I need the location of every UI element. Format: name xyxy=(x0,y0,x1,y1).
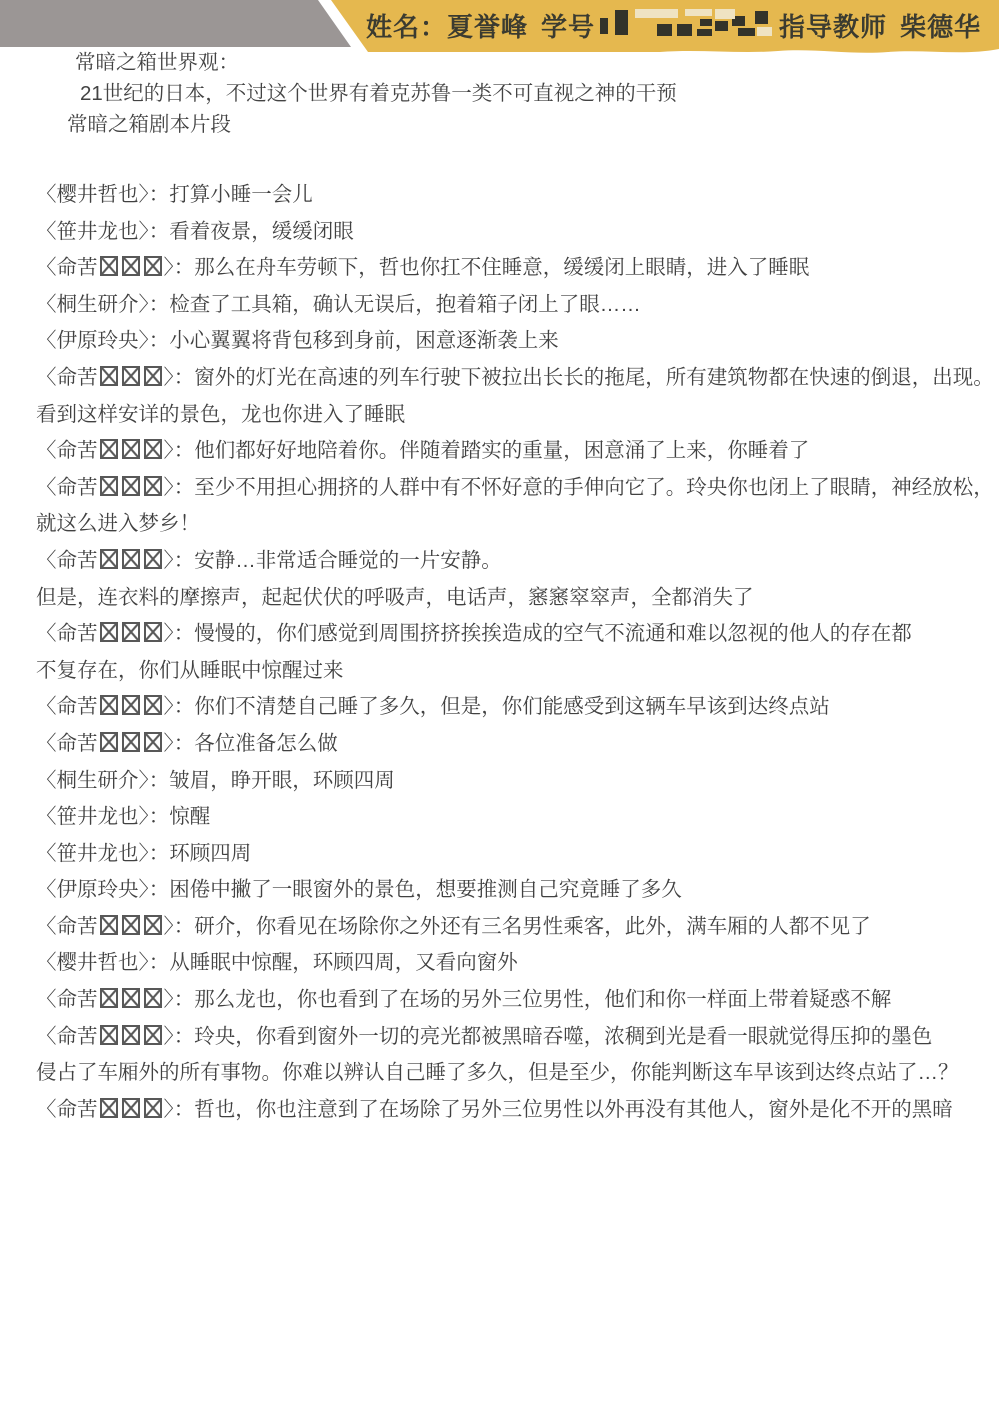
missing-glyph-box xyxy=(100,366,118,386)
missing-glyph-box xyxy=(122,1098,140,1118)
missing-glyph-box xyxy=(100,988,118,1008)
worldview-text: 21世纪的日本，不过这个世界有着克苏鲁一类不可直视之神的干预 xyxy=(80,78,999,109)
missing-glyph-box xyxy=(122,622,140,642)
dialogue-line: 〈命苦〉：窗外的灯光在高速的列车行驶下被拉出长长的拖尾，所有建筑物都在快速的倒退… xyxy=(36,360,994,397)
missing-glyph-box xyxy=(100,476,118,496)
missing-glyph-box xyxy=(144,1025,162,1045)
intro-block: 常暗之箱世界观： 21世纪的日本，不过这个世界有着克苏鲁一类不可直视之神的干预 … xyxy=(0,47,999,140)
gray-band-shape xyxy=(0,0,351,47)
missing-glyph-box xyxy=(122,988,140,1008)
missing-glyph-box xyxy=(122,366,140,386)
missing-glyph-box xyxy=(144,439,162,459)
dialogue-line: 〈伊原玲央〉：小心翼翼将背包移到身前，困意逐渐袭上来 xyxy=(36,323,994,360)
dialogue-line: 〈命苦〉：各位准备怎么做 xyxy=(36,726,994,763)
missing-glyph-box xyxy=(100,622,118,642)
missing-glyph-box xyxy=(100,915,118,935)
dialogue-line: 〈樱井哲也〉：从睡眠中惊醒，环顾四周，又看向窗外 xyxy=(36,945,994,982)
dialogue-line: 〈命苦〉：玲央，你看到窗外一切的亮光都被黑暗吞噬，浓稠到光是看一眼就觉得压抑的墨… xyxy=(36,1019,994,1056)
missing-glyph-box xyxy=(144,256,162,276)
missing-glyph-box xyxy=(122,476,140,496)
dialogue-line: 侵占了车厢外的所有事物。你难以辨认自己睡了多久，但是至少，你能判断这车早该到达终… xyxy=(36,1055,994,1092)
missing-glyph-box xyxy=(100,439,118,459)
missing-glyph-box xyxy=(144,1098,162,1118)
dialogue-line: 〈命苦〉：那么在舟车劳顿下，哲也你扛不住睡意，缓缓闭上眼睛，进入了睡眠 xyxy=(36,250,994,287)
missing-glyph-box xyxy=(144,695,162,715)
missing-glyph-box xyxy=(100,1098,118,1118)
missing-glyph-box xyxy=(144,366,162,386)
missing-glyph-box xyxy=(122,915,140,935)
missing-glyph-box xyxy=(144,915,162,935)
dialogue-line: 看到这样安详的景色，龙也你进入了睡眠 xyxy=(36,397,994,434)
dialogue-line: 〈笹井龙也〉：看着夜景，缓缓闭眼 xyxy=(36,214,994,251)
missing-glyph-box xyxy=(100,256,118,276)
dialogue-line: 〈命苦〉：你们不清楚自己睡了多久，但是，你们能感受到这辆车早该到达终点站 xyxy=(36,689,994,726)
dialogue-line: 〈笹井龙也〉：惊醒 xyxy=(36,799,994,836)
dialogue-line: 〈命苦〉：慢慢的，你们感觉到周围挤挤挨挨造成的空气不流通和难以忽视的他人的存在都 xyxy=(36,616,994,653)
script-heading: 常暗之箱剧本片段 xyxy=(67,109,999,140)
dialogue-line: 〈命苦〉：那么龙也，你也看到了在场的另外三位男性，他们和你一样面上带着疑惑不解 xyxy=(36,982,994,1019)
missing-glyph-box xyxy=(144,732,162,752)
dialogue-line: 〈命苦〉：研介，你看见在场除你之外还有三名男性乘客，此外，满车厢的人都不见了 xyxy=(36,909,994,946)
missing-glyph-box xyxy=(100,549,118,569)
dialogue-line: 〈命苦〉：他们都好好地陪着你。伴随着踏实的重量，困意涌了上来，你睡着了 xyxy=(36,433,994,470)
advisor-label: 指导教师 xyxy=(779,7,887,44)
dialogue-line: 不复存在，你们从睡眠中惊醒过来 xyxy=(36,653,994,690)
document-page: 姓名：夏誉峰 学号 指导教师 柴德华 xyxy=(0,0,999,1414)
student-name: 夏誉峰 xyxy=(447,7,528,44)
missing-glyph-box xyxy=(100,732,118,752)
missing-glyph-box xyxy=(122,732,140,752)
missing-glyph-box xyxy=(122,695,140,715)
dialogue-line: 〈命苦〉：至少不用担心拥挤的人群中有不怀好意的手伸向它了。玲央你也闭上了眼睛，神… xyxy=(36,470,994,507)
missing-glyph-box xyxy=(122,439,140,459)
missing-glyph-box xyxy=(100,695,118,715)
dialogue-line: 〈伊原玲央〉：困倦中撇了一眼窗外的景色，想要推测自己究竟睡了多久 xyxy=(36,872,994,909)
name-label: 姓名： xyxy=(366,7,447,44)
dialogue-block: 〈樱井哲也〉：打算小睡一会儿〈笹井龙也〉：看着夜景，缓缓闭眼〈命苦〉：那么在舟车… xyxy=(36,177,994,1128)
missing-glyph-box xyxy=(122,1025,140,1045)
student-id-label: 学号 xyxy=(541,7,595,44)
dialogue-line: 〈桐生研介〉：检查了工具箱，确认无误后，抱着箱子闭上了眼…… xyxy=(36,287,994,324)
advisor-name: 柴德华 xyxy=(900,7,981,44)
worldview-heading: 常暗之箱世界观： xyxy=(75,47,999,78)
dialogue-line: 〈樱井哲也〉：打算小睡一会儿 xyxy=(36,177,994,214)
dialogue-line: 〈笹井龙也〉：环顾四周 xyxy=(36,836,994,873)
missing-glyph-box xyxy=(144,476,162,496)
dialogue-line: 〈命苦〉：安静…非常适合睡觉的一片安静。 xyxy=(36,543,994,580)
dialogue-line: 〈桐生研介〉：皱眉，睁开眼，环顾四周 xyxy=(36,763,994,800)
missing-glyph-box xyxy=(100,1025,118,1045)
missing-glyph-box xyxy=(144,622,162,642)
missing-glyph-box xyxy=(122,549,140,569)
redacted-student-id-mosaic xyxy=(597,7,775,43)
dialogue-line: 就这么进入梦乡！ xyxy=(36,506,994,543)
header-banner-text: 姓名：夏誉峰 学号 指导教师 柴德华 xyxy=(366,0,981,50)
missing-glyph-box xyxy=(144,549,162,569)
dialogue-line: 但是，连衣料的摩擦声，起起伏伏的呼吸声，电话声，窸窸窣窣声，全都消失了 xyxy=(36,580,994,617)
missing-glyph-box xyxy=(144,988,162,1008)
missing-glyph-box xyxy=(122,256,140,276)
dialogue-line: 〈命苦〉：哲也，你也注意到了在场除了另外三位男性以外再没有其他人，窗外是化不开的… xyxy=(36,1092,994,1129)
